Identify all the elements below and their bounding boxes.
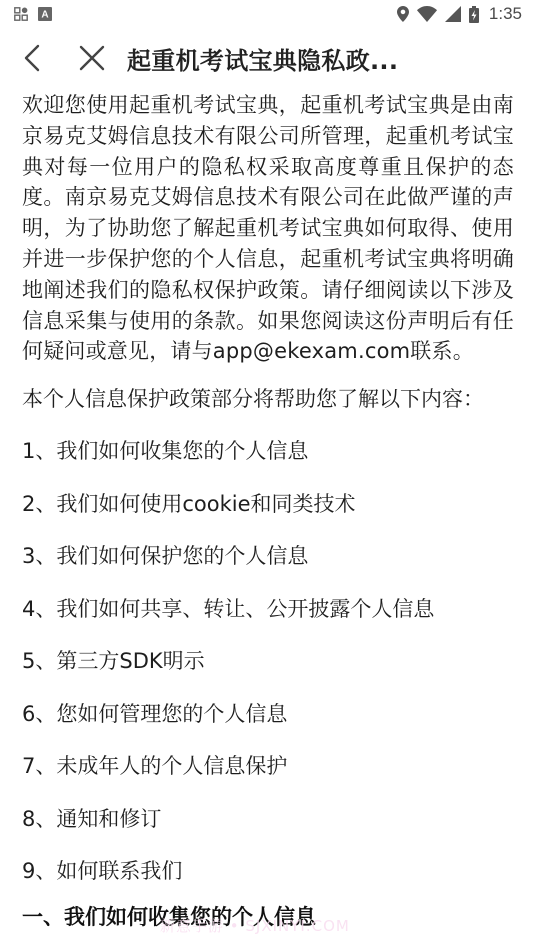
toolbar: 起重机考试宝典隐私政... bbox=[0, 28, 534, 88]
intro-paragraph: 欢迎您使用起重机考试宝典，起重机考试宝典是由南京易克艾姆信息技术有限公司所管理，… bbox=[22, 90, 514, 367]
battery-charging-icon bbox=[469, 6, 479, 23]
back-button[interactable] bbox=[18, 42, 46, 74]
toc-item: 7、未成年人的个人信息保护 bbox=[22, 751, 514, 804]
toc-item: 6、您如何管理您的个人信息 bbox=[22, 699, 514, 752]
close-button[interactable] bbox=[76, 42, 108, 74]
toc-item: 4、我们如何共享、转让、公开披露个人信息 bbox=[22, 594, 514, 647]
section-heading: 一、我们如何收集您的个人信息 bbox=[22, 902, 514, 932]
page-title: 起重机考试宝典隐私政... bbox=[127, 41, 398, 76]
close-icon bbox=[79, 45, 105, 71]
toc-item: 3、我们如何保护您的个人信息 bbox=[22, 541, 514, 594]
cellular-signal-icon bbox=[445, 6, 461, 22]
status-bar: A 1:35 bbox=[0, 0, 534, 28]
status-time: 1:35 bbox=[489, 4, 522, 24]
status-left: A bbox=[14, 7, 52, 21]
toc-item: 8、通知和修订 bbox=[22, 804, 514, 857]
summary-text: 本个人信息保护政策部分将帮助您了解以下内容： bbox=[22, 384, 514, 414]
table-of-contents: 1、我们如何收集您的个人信息 2、我们如何使用cookie和同类技术 3、我们如… bbox=[22, 436, 514, 909]
keyboard-a-icon: A bbox=[38, 7, 52, 21]
status-right: 1:35 bbox=[397, 4, 522, 24]
notification-grid-icon bbox=[14, 7, 28, 21]
toc-item: 5、第三方SDK明示 bbox=[22, 646, 514, 699]
toc-item: 2、我们如何使用cookie和同类技术 bbox=[22, 489, 514, 542]
toc-item: 1、我们如何收集您的个人信息 bbox=[22, 436, 514, 489]
wifi-icon bbox=[417, 6, 437, 22]
chevron-left-icon bbox=[23, 44, 41, 72]
policy-content: 欢迎您使用起重机考试宝典，起重机考试宝典是由南京易克艾姆信息技术有限公司所管理，… bbox=[22, 90, 514, 932]
location-pin-icon bbox=[397, 6, 409, 22]
svg-text:A: A bbox=[41, 10, 48, 21]
